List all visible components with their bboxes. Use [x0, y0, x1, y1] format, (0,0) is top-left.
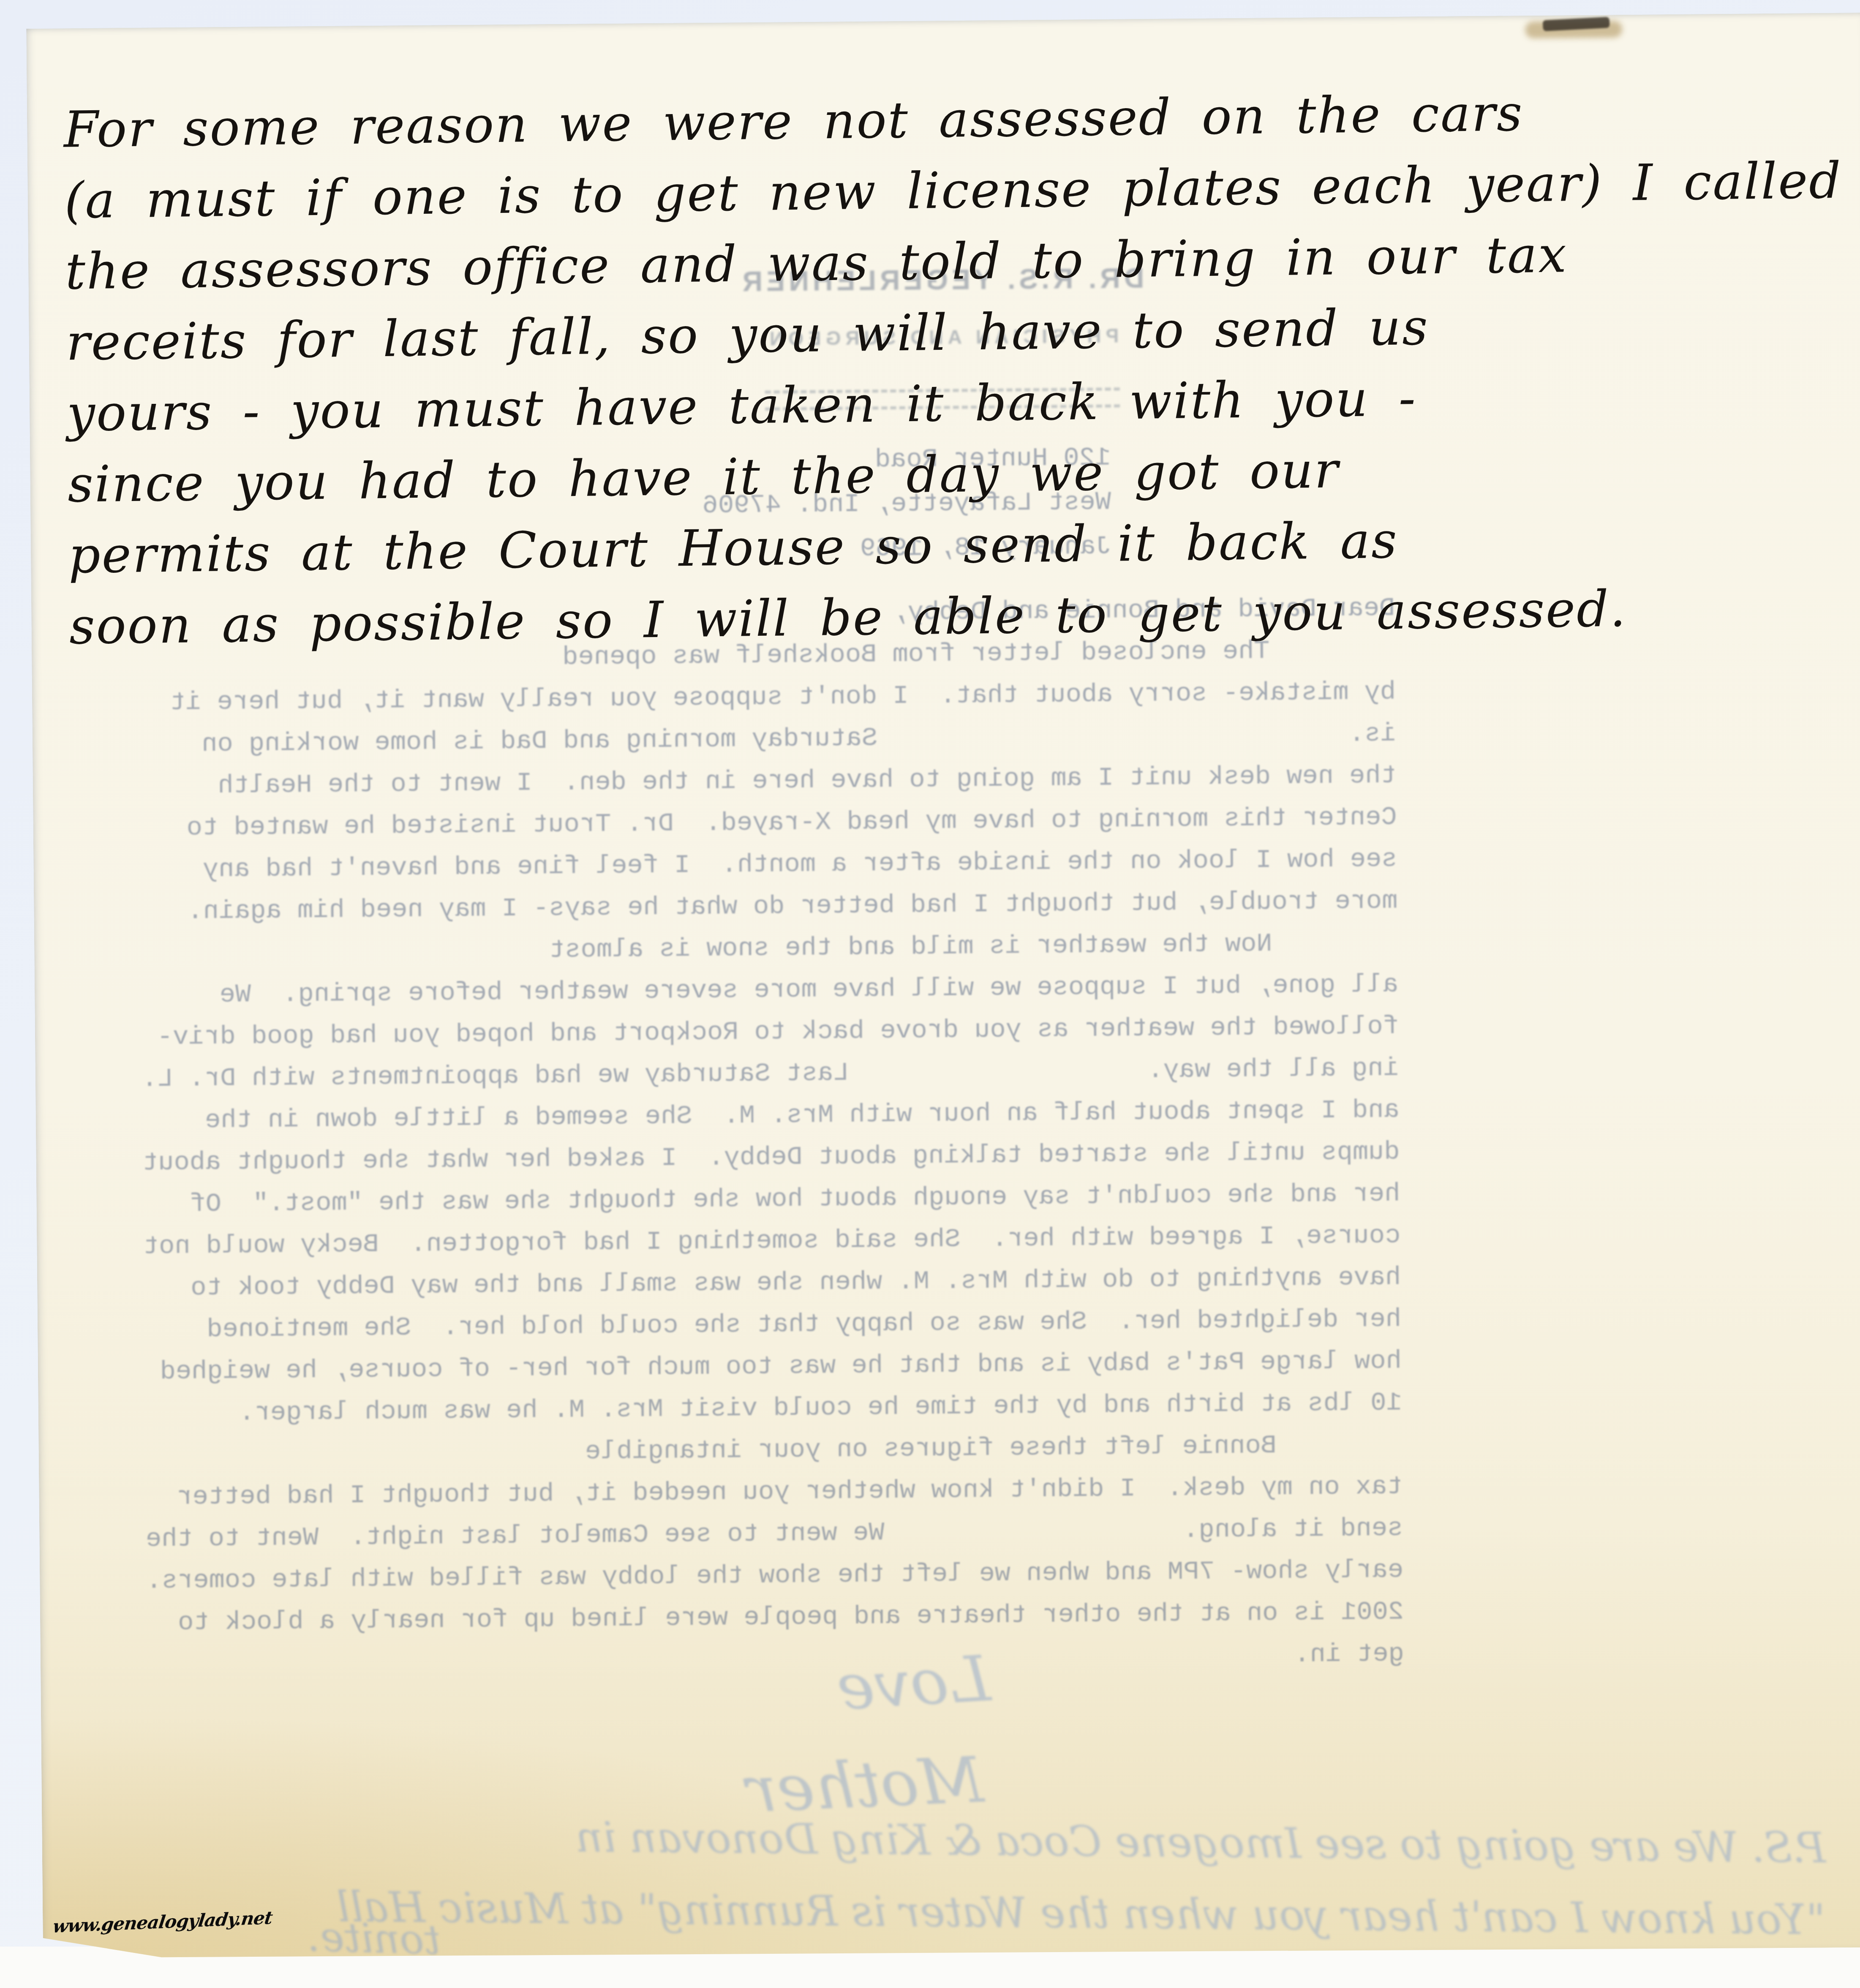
scanned-letter-page: DR. R.S. YEGERLEHNER PHYSICIAN AND SURGE… [0, 0, 1860, 1988]
postscript-lines: P.S. We are going to see Imogene Coca & … [336, 1799, 1826, 1956]
typed-letter-body: Dear David and Bonnie and Debby, The enc… [137, 587, 1404, 1686]
letter-paper: DR. R.S. YEGERLEHNER PHYSICIAN AND SURGE… [26, 13, 1860, 1963]
handwritten-note: For some reason we were not assessed on … [63, 74, 1847, 662]
closing-love: Love [835, 1642, 992, 1725]
